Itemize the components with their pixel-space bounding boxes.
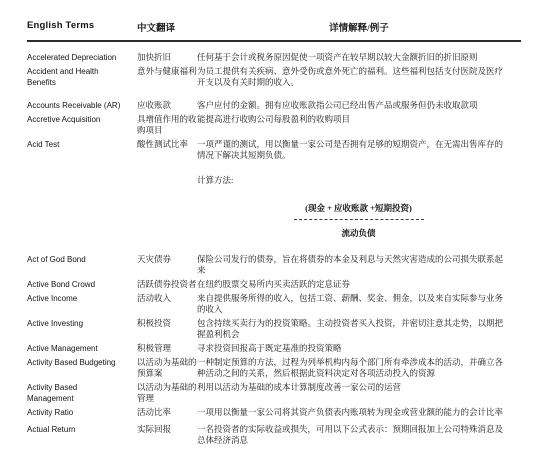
term-english: Accounts Receivable (AR) (27, 100, 137, 111)
term-english: Accretive Acquisition (27, 114, 137, 136)
term-english: Activity Ratio (27, 407, 137, 418)
term-row: Accretive Acquisition 具增值作用的收 购项目 能提高进行收… (27, 114, 521, 136)
formula-numerator: (现金 + 应收账款 +短期投资) (197, 203, 520, 214)
term-description: 一项严谨的测试，用以衡量一家公司是否拥有足够的短期资产，在无需出售库存的 情况下… (197, 139, 521, 161)
term-row: Accounts Receivable (AR) 应收账款 客户应付的金额。拥有… (27, 100, 521, 111)
term-chinese: 实际回报 (137, 424, 197, 446)
term-row: Active Management 积极管理 寻求投资回报高于既定基准的投资策略 (27, 343, 521, 354)
term-english: Active Management (27, 343, 137, 354)
glossary-page: English Terms 中文翻译 详情解释/例子 Accelerated D… (0, 0, 541, 446)
term-description: 一名投资者的实际收益或损失，可用以下公式表示：预期回报加上公司特殊消息及 总体经… (197, 424, 521, 446)
term-description: 寻求投资回报高于既定基准的投资策略 (197, 343, 521, 354)
term-english: Active Bond Crowd (27, 279, 137, 290)
term-english: Actual Return (27, 424, 137, 446)
term-row: Active Bond Crowd 活跃债券投资者 在纽约股票交易所内买卖活跃的… (27, 279, 521, 290)
term-row: Activity Based Budgeting 以活动为基础的 预算案 一种制… (27, 357, 521, 379)
term-description: 为员工提供有关疾病、意外受伤或意外死亡的福利。这些福利包括支付医院及医疗 开支以… (197, 66, 521, 88)
term-description: 来自提供服务所得的收入，包括工资、薪酬、奖金、佣金，以及来自实际参与业务 的收入 (197, 293, 521, 315)
term-english: Acid Test (27, 139, 137, 161)
header-chinese-translation: 中文翻译 (137, 20, 197, 34)
term-description: 一项用以衡量一家公司将其资产负债表内账项转为现金或营业额的能力的会计比率 (197, 407, 521, 418)
term-description: 在纽约股票交易所内买卖活跃的定息证券 (197, 279, 521, 290)
term-row: Accident and Health Benefits 意外与健康福利 为员工… (27, 66, 521, 88)
table-header: English Terms 中文翻译 详情解释/例子 (27, 20, 521, 42)
term-english: Accelerated Depreciation (27, 52, 137, 63)
term-row: Act of God Bond 天灾债券 保险公司发行的债券，旨在将债券的本金及… (27, 254, 521, 276)
term-row: Active Income 活动收入 来自提供服务所得的收入，包括工资、薪酬、奖… (27, 293, 521, 315)
term-chinese: 酸性测试比率 (137, 139, 197, 161)
calculation-method-label: 计算方法: (197, 175, 520, 186)
term-description: 利用以活动为基础的成本计算制度改善一家公司的运营 (197, 382, 521, 404)
term-chinese: 加快折旧 (137, 52, 197, 63)
term-chinese: 积极管理 (137, 343, 197, 354)
fraction-divider-line (294, 219, 424, 220)
term-chinese: 以活动为基础的 管理 (137, 382, 197, 404)
term-row: Accelerated Depreciation 加快折旧 任何基于会计或税务原… (27, 52, 521, 63)
term-row: Acid Test 酸性测试比率 一项严谨的测试，用以衡量一家公司是否拥有足够的… (27, 139, 521, 161)
term-chinese: 活动收入 (137, 293, 197, 315)
term-chinese: 天灾债券 (137, 254, 197, 276)
term-chinese: 应收账款 (137, 100, 197, 111)
term-description: 一种制定预算的方法，过程为列举机构内每个部门所有牵涉成本的活动，并确立各 种活动… (197, 357, 521, 379)
term-chinese: 积极投资 (137, 318, 197, 340)
term-english: Activity Based Management (27, 382, 137, 404)
term-chinese: 以活动为基础的 预算案 (137, 357, 197, 379)
term-chinese: 意外与健康福利 (137, 66, 197, 88)
term-description: 能提高进行收购公司每股盈利的收购项目 (197, 114, 521, 136)
acid-test-formula: (现金 + 应收账款 +短期投资) 流动负债 (197, 203, 520, 239)
term-chinese: 具增值作用的收 购项目 (137, 114, 197, 136)
term-description: 任何基于会计或税务原因促使一项资产在较早期以较大金额折旧的折旧原则 (197, 52, 521, 63)
term-english: Activity Based Budgeting (27, 357, 137, 379)
term-description: 包含持续买卖行为的投资策略。主动投资者买入投资，并密切注意其走势，以期把 握盈利… (197, 318, 521, 340)
term-row: Actual Return 实际回报 一名投资者的实际收益或损失，可用以下公式表… (27, 424, 521, 446)
term-row: Active Investing 积极投资 包含持续买卖行为的投资策略。主动投资… (27, 318, 521, 340)
term-english: Active Income (27, 293, 137, 315)
acid-test-calculation: 计算方法: (现金 + 应收账款 +短期投资) 流动负债 (197, 175, 520, 239)
term-description: 保险公司发行的债券，旨在将债券的本金及利息与天然灾害造成的公司损失联系起 来 (197, 254, 521, 276)
term-chinese: 活动比率 (137, 407, 197, 418)
term-english: Accident and Health Benefits (27, 66, 137, 88)
glossary-rows: Accelerated Depreciation 加快折旧 任何基于会计或税务原… (27, 52, 521, 446)
term-chinese: 活跃债券投资者 (137, 279, 197, 290)
header-english-terms: English Terms (27, 20, 137, 34)
term-row: Activity Ratio 活动比率 一项用以衡量一家公司将其资产负债表内账项… (27, 407, 521, 418)
term-row: Activity Based Management 以活动为基础的 管理 利用以… (27, 382, 521, 404)
term-english: Act of God Bond (27, 254, 137, 276)
term-description: 客户应付的金额。拥有应收账款指公司已经出售产品或服务但仍未收取款项 (197, 100, 521, 111)
formula-denominator: 流动负债 (197, 228, 520, 239)
term-english: Active Investing (27, 318, 137, 340)
header-details-examples: 详情解释/例子 (197, 20, 521, 34)
